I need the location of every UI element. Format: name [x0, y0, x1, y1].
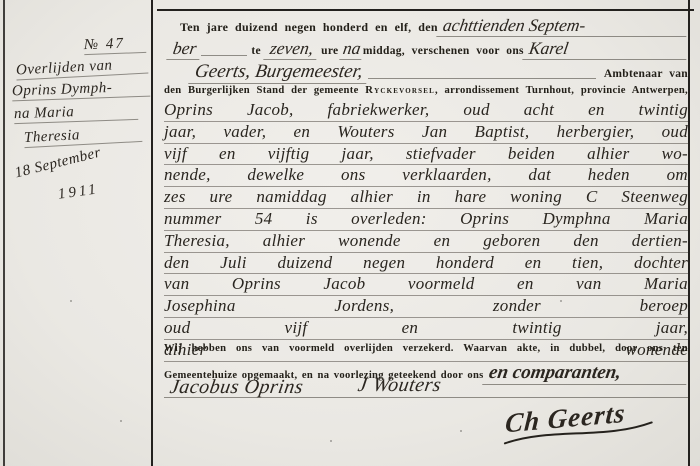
signature-official: Ch Geerts: [504, 398, 627, 439]
signature-declarant-2: J Wouters: [356, 374, 443, 397]
body-line: jaar, vader, en Wouters Jan Baptist, her…: [164, 122, 688, 144]
written-date-continued: ber: [166, 38, 203, 60]
closing-line-1: Wij hebben ons van voormeld overlijden v…: [164, 343, 688, 354]
printed-te: te: [247, 45, 265, 57]
body-line: Oprins Jacob, fabriekwerker, oud acht en…: [164, 100, 688, 122]
body-line: Theresia, alhier wonende en geboren den …: [164, 231, 688, 253]
body-line: van Oprins Jacob voormeld en van Maria: [164, 274, 688, 296]
printed-middag-phrase: middag, verschenen voor ons: [363, 45, 524, 57]
written-date: achttienden Septem-: [436, 15, 690, 37]
body-line: Josephina Jordens, zonder beroep: [164, 296, 688, 318]
blank-rule: [368, 61, 596, 79]
body-line: vijf en vijftig jaar, stiefvader beiden …: [164, 144, 688, 166]
printed-registry-a: den Burgerlijken Stand der gemeente: [164, 85, 359, 96]
scan-edge-line: [3, 0, 5, 466]
written-daypart: na: [340, 38, 365, 60]
death-certificate-scan: № 47 Overlijden van Oprins Dymph- na Mar…: [0, 0, 700, 466]
header-line-4: den Burgerlijken Stand der gemeente Ryck…: [164, 85, 688, 96]
printed-ure: ure: [318, 45, 341, 57]
margin-title-line: Overlijden van: [16, 56, 149, 81]
written-official-firstname: Karel: [522, 38, 690, 60]
printed-ambtenaar: Ambtenaar van: [596, 68, 688, 80]
body-line: zes ure namiddag alhier in hare woning C…: [164, 187, 688, 209]
form-frame-left: [151, 0, 153, 466]
printed-gemeente-name: Ryckevorsel: [365, 85, 435, 96]
written-hour: zeven,: [263, 38, 320, 60]
body-line: nende, dewelke ons verklaarden, dat hede…: [164, 165, 688, 187]
act-main-block: Ten jare duizend negen honderd en elf, d…: [160, 0, 692, 466]
margin-year: 1911: [57, 181, 100, 204]
act-number: № 47: [84, 35, 147, 55]
margin-title-line: Oprins Dymph-: [12, 79, 151, 102]
margin-date: 18 September: [13, 145, 103, 183]
written-official-name: Geerts, Burgemeester,: [188, 61, 369, 84]
noise-speck: [120, 420, 122, 422]
noise-speck: [70, 300, 72, 302]
blank-rule: [201, 38, 247, 56]
margin-title-line: Theresia: [24, 124, 143, 148]
body-line: den Juli duizend negen honderd en tien, …: [164, 253, 688, 275]
noise-speck: [460, 430, 462, 432]
body-line: oud vijf en twintig jaar,: [164, 318, 688, 340]
noise-speck: [560, 300, 562, 302]
noise-speck: [330, 440, 332, 442]
signature-declarant-1: Jacobus Oprins: [168, 376, 305, 399]
printed-year-phrase: Ten jare duizend negen honderd en elf, d…: [164, 20, 438, 35]
margin-title-line: na Maria: [14, 102, 139, 124]
act-body-text: Oprins Jacob, fabriekwerker, oud acht en…: [164, 100, 688, 362]
printed-registry-b: , arrondissement Turnhout, provincie Ant…: [435, 85, 688, 96]
body-line: nummer 54 is overleden: Oprins Dymphna M…: [164, 209, 688, 231]
header-line-1: Ten jare duizend negen honderd en elf, d…: [164, 15, 688, 38]
header-line-2: ber te zeven, ure na middag, verschenen …: [164, 38, 688, 61]
header-line-3: Geerts, Burgemeester, Ambtenaar van: [164, 61, 688, 84]
